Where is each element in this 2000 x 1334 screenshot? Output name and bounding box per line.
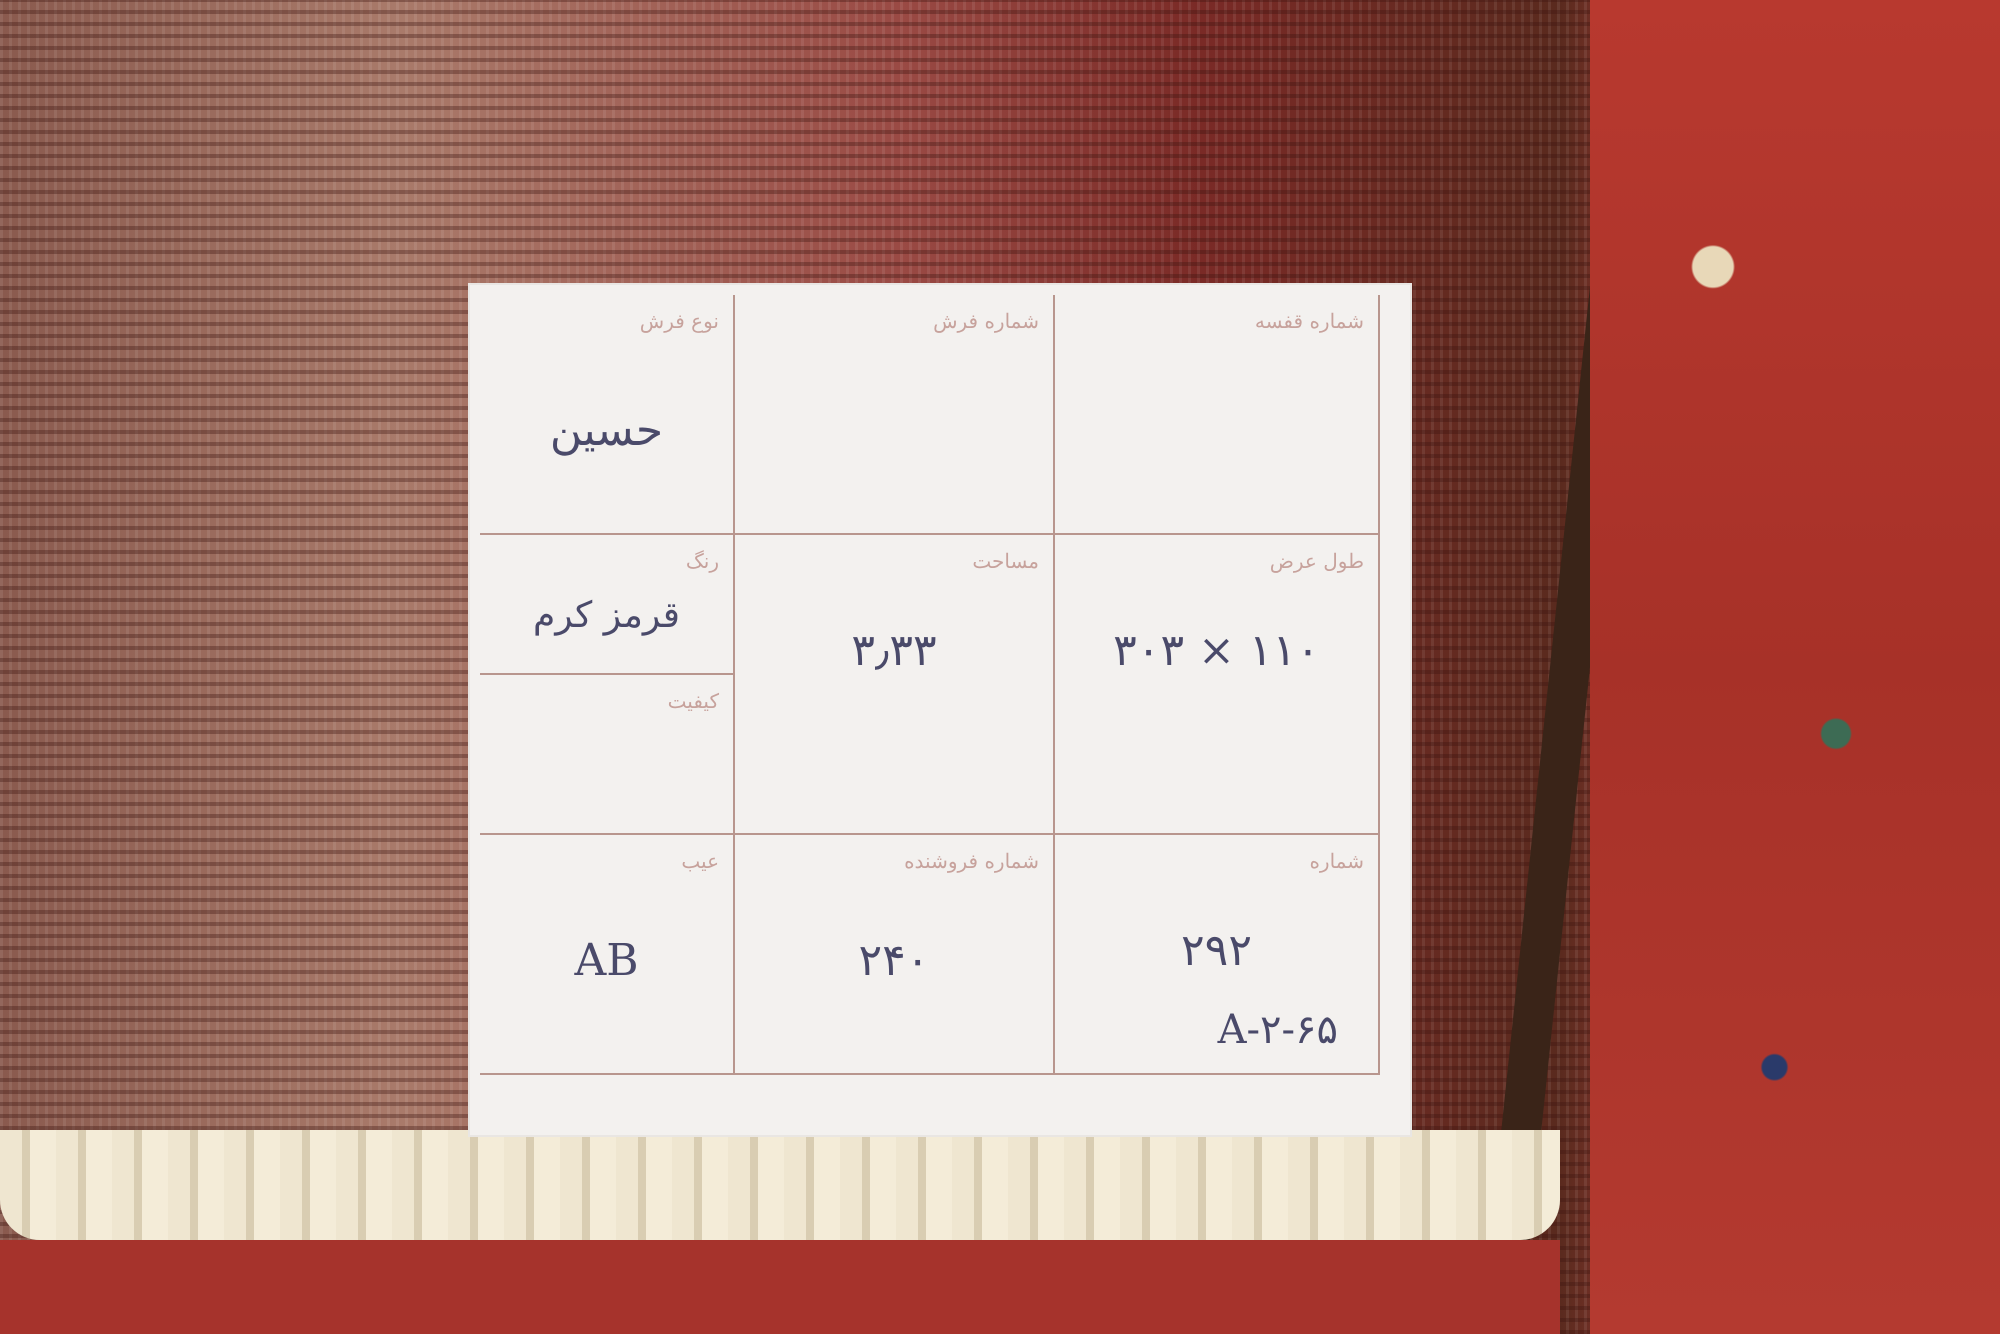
rug-front-pattern	[1590, 0, 2000, 1334]
cell-rug-number: شماره فرش	[735, 295, 1055, 535]
rug-label: نوع فرشحسین شماره فرش شماره قفسه رنگقرمز…	[470, 285, 1410, 1135]
cell-quality: کیفیت	[480, 675, 735, 835]
footer-code: A-۲-۶۵	[1218, 1007, 1338, 1053]
cell-defect: عیبAB	[480, 835, 735, 1075]
cell-dimensions: طول عرض۳۰۳ × ۱۱۰	[1055, 535, 1380, 835]
label-grid: نوع فرشحسین شماره فرش شماره قفسه رنگقرمز…	[480, 295, 1380, 1075]
cell-seller-number: شماره فروشنده۲۴۰	[735, 835, 1055, 1075]
cell-shelf-number: شماره قفسه	[1055, 295, 1380, 535]
rug-fringe	[0, 1130, 1560, 1240]
cell-number: شماره۲۹۲A-۲-۶۵	[1055, 835, 1380, 1075]
cell-area: مساحت۳٫۳۳	[735, 535, 1055, 835]
cell-rug-type: نوع فرشحسین	[480, 295, 735, 535]
rug-bottom-pile	[0, 1240, 1560, 1334]
cell-color: رنگقرمز کرم	[480, 535, 735, 675]
